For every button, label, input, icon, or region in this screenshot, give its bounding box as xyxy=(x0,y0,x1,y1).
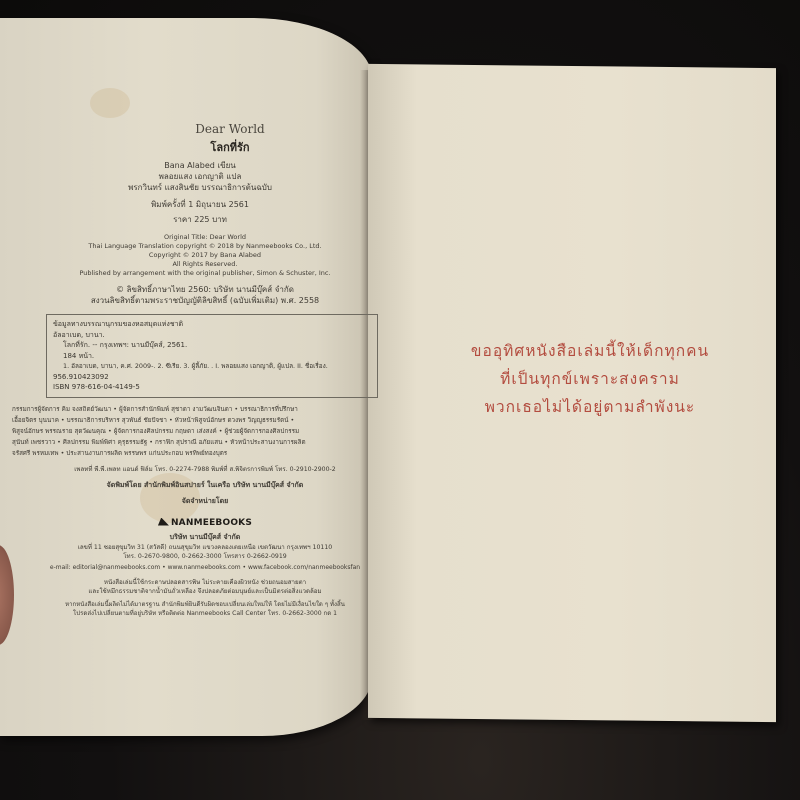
paper-stain xyxy=(90,88,130,118)
cip-pages: 184 หน้า. xyxy=(53,351,371,362)
original-copyright: Copyright © 2017 by Bana Alabed xyxy=(40,251,370,260)
distributed-by: จัดจำหน่ายโดย xyxy=(40,496,370,507)
publisher-arrangement: Published by arrangement with the origin… xyxy=(40,269,370,278)
dedication-line-3: พวกเธอไม่ได้อยู่ตามลำพังนะ xyxy=(440,393,740,421)
defect-note: โปรดส่งไปเปลี่ยนตามที่อยู่บริษัท หรือติด… xyxy=(40,609,370,618)
book-title-thai: โลกที่รัก xyxy=(150,138,310,156)
thai-copyright: © ลิขสิทธิ์ภาษาไทย 2560: บริษัท นานมีบุ๊… xyxy=(40,284,370,295)
cip-title: โลกที่รัก. -- กรุงเทพฯ: นานมีบุ๊คส์, 256… xyxy=(53,340,371,351)
nanmeebooks-logo-icon xyxy=(158,518,169,526)
staff-credits: กรรมการผู้จัดการ คิม จงสถิตย์วัฒนา • ผู้… xyxy=(12,404,372,459)
publisher-logo: NANMEEBOOKS xyxy=(40,510,370,529)
cip-heading: ข้อมูลทางบรรณานุกรมของหอสมุดแห่งชาติ xyxy=(53,319,371,330)
price-line: ราคา 225 บาท xyxy=(80,214,320,225)
cip-data-box: ข้อมูลทางบรรณานุกรมของหอสมุดแห่งชาติ อัล… xyxy=(46,314,378,398)
produced-by: จัดพิมพ์โดย สำนักพิมพ์อินสปายร์ ในเครือ … xyxy=(40,480,370,491)
eco-note: หนังสือเล่มนี้ใช้กระดาษปลอดสารพิษ ไม่ระค… xyxy=(40,578,370,587)
editor-credit: พรกวินทร์ แสงสินชัย บรรณาธิการต้นฉบับ xyxy=(80,182,320,193)
copyright-act: สงวนลิขสิทธิ์ตามพระราชบัญญัติลิขสิทธิ์ (… xyxy=(40,295,370,306)
company-address: เลขที่ 11 ซอยสุขุมวิท 31 (สวัสดี) ถนนสุข… xyxy=(40,543,370,552)
translation-copyright: Thai Language Translation copyright © 20… xyxy=(40,242,370,251)
rights-reserved: All Rights Reserved. xyxy=(40,260,370,269)
copyright-page-content: Dear World โลกที่รัก Bana Alabed เขียน พ… xyxy=(40,122,370,618)
dedication-text: ขออุทิศหนังสือเล่มนี้ให้เด็กทุกคน ที่เป็… xyxy=(440,337,740,421)
cip-subjects: 1. อัลอาเบด, บานา, ค.ศ. 2009-. 2. ซีเรีย… xyxy=(53,361,371,372)
translator-credit: พลอยแสง เอกญาติ แปล xyxy=(80,171,320,182)
eco-note: และใช้หมึกธรรมชาติจากน้ำมันถั่วเหลือง จึ… xyxy=(40,587,370,596)
cip-classification: 956.910423092 xyxy=(53,372,371,383)
author-credit: Bana Alabed เขียน xyxy=(80,160,320,171)
dedication-line-2: ที่เป็นทุกข์เพราะสงคราม xyxy=(440,365,740,393)
isbn: ISBN 978-616-04-4149-5 xyxy=(53,382,371,393)
cip-author: อัลอาเบด, บานา. xyxy=(53,330,371,341)
printer-line: เพลทที่ พี.พี.เพลท แอนด์ ฟิล์ม โทร. 0-22… xyxy=(40,465,370,474)
original-title: Original Title: Dear World xyxy=(40,233,370,242)
company-name: บริษัท นานมีบุ๊คส์ จำกัด xyxy=(40,532,370,543)
dedication-line-1: ขออุทิศหนังสือเล่มนี้ให้เด็กทุกคน xyxy=(440,337,740,365)
company-phones: โทร. 0-2670-9800, 0-2662-3000 โทรสาร 0-2… xyxy=(40,552,370,561)
company-web: e-mail: editorial@nanmeebooks.com • www.… xyxy=(40,563,370,572)
edition-line: พิมพ์ครั้งที่ 1 มิถุนายน 2561 xyxy=(80,199,320,210)
defect-note: หากหนังสือเล่มนี้ผลิตไม่ได้มาตรฐาน สำนัก… xyxy=(40,600,370,609)
book-title-english: Dear World xyxy=(150,122,310,136)
